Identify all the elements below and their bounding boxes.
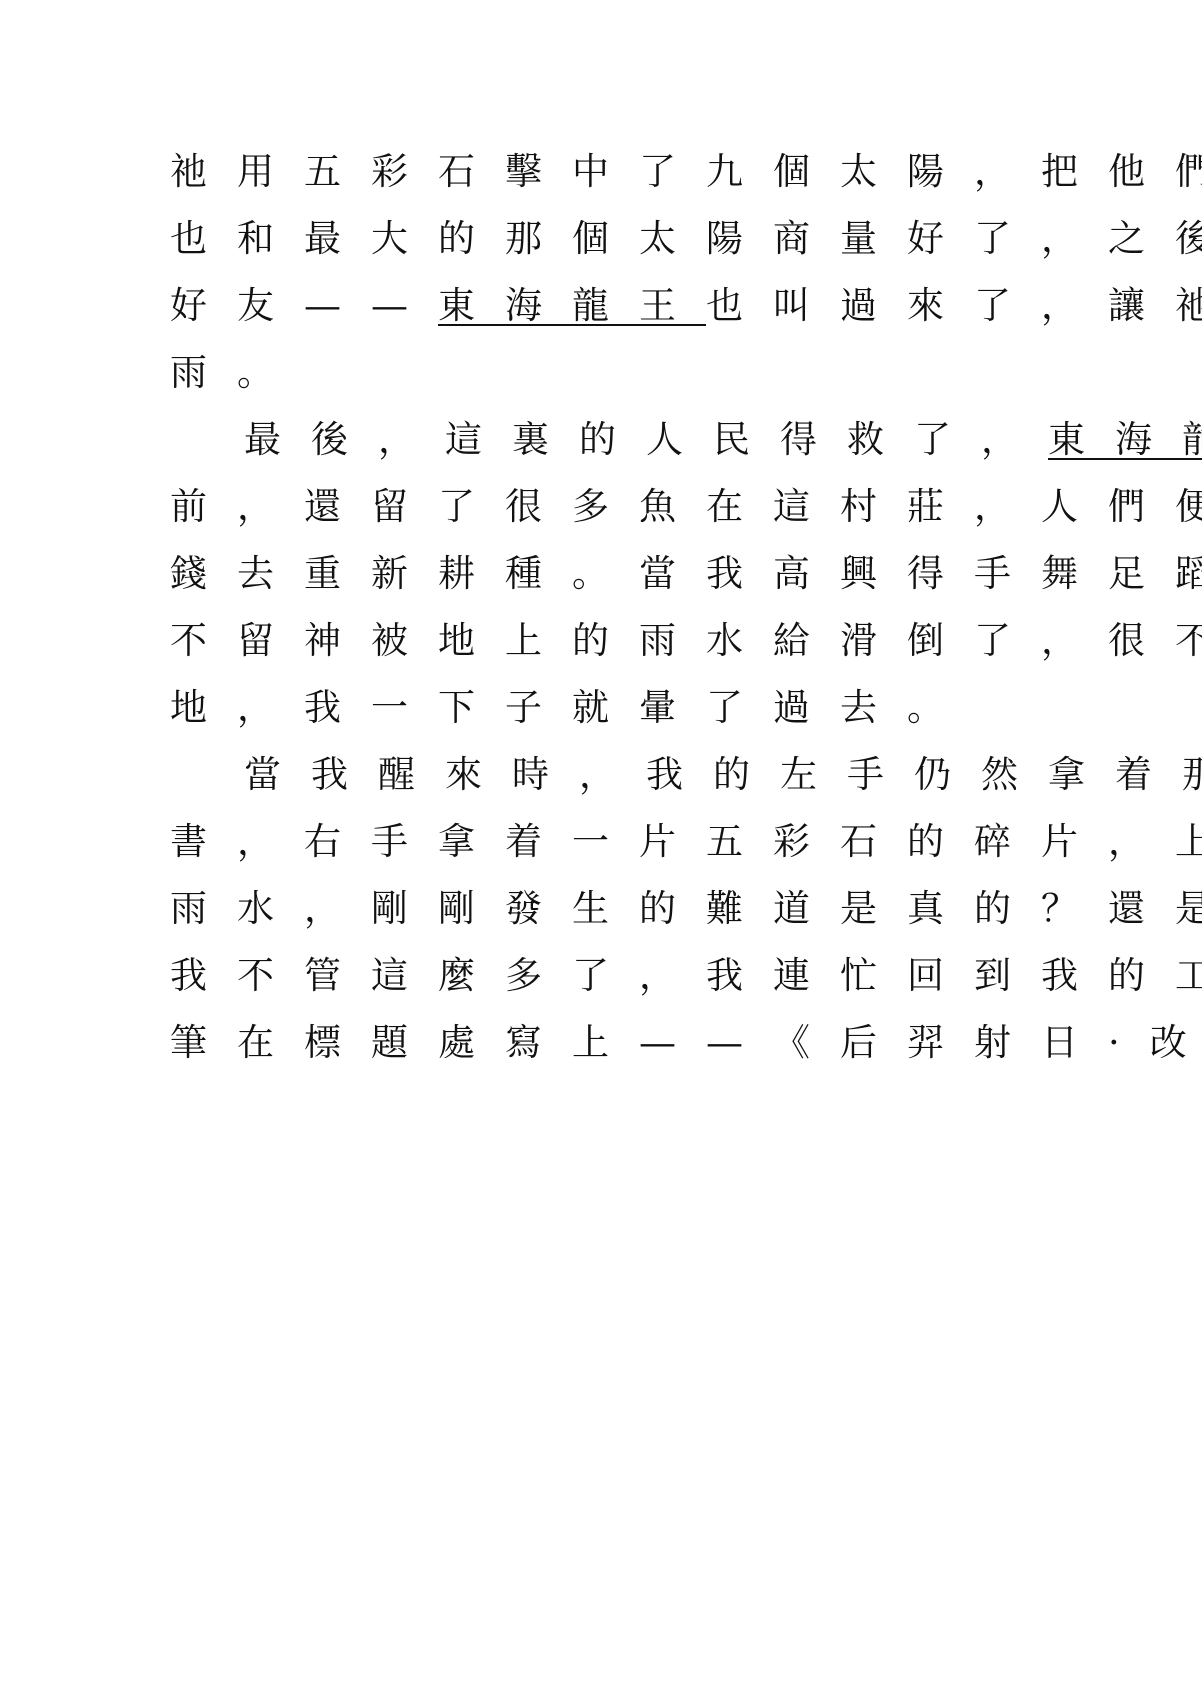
text-segment: 我不管這麼多了，我連忙回到我的工作枱，拿起 [170, 954, 1202, 997]
text-line: 也和最大的那個太陽商量好了，之後祂便把祂的 [170, 205, 980, 272]
story-text-block: 祂用五彩石擊中了九個太陽，把他們推出了天空， 也和最大的那個太陽商量好了，之後祂… [170, 138, 980, 1076]
text-segment: 地，我一下子就暈了過去。 [170, 686, 974, 729]
text-segment: 雨。 [170, 351, 304, 394]
text-line: 不留神被地上的雨水給滑倒了，很不幸，頭着了 [170, 607, 980, 674]
text-segment: 書，右手拿着一片五彩石的碎片，上面還帶了點 [170, 820, 1202, 863]
text-segment: 雨水，剛剛發生的難道是真的？還是南柯一夢？ [170, 887, 1202, 930]
text-line: 雨。 [170, 339, 980, 406]
text-segment: 祂用五彩石擊中了九個太陽，把他們推出了天空， [170, 150, 1202, 193]
text-segment: 前，還留了很多魚在這村莊，人們便有足夠的金 [170, 485, 1202, 528]
text-line: 祂用五彩石擊中了九個太陽，把他們推出了天空， [170, 138, 980, 205]
document-page: 祂用五彩石擊中了九個太陽，把他們推出了天空， 也和最大的那個太陽商量好了，之後祂… [0, 0, 1202, 1700]
text-segment: 好友—— [170, 284, 438, 327]
text-line: 當我醒來時，我的左手仍然拿着那神話故事 [170, 741, 980, 808]
text-line: 書，右手拿着一片五彩石的碎片，上面還帶了點 [170, 808, 980, 875]
text-segment: 筆在標題處寫上——《后羿射日·改》。 [170, 1021, 1202, 1064]
text-line: 雨水，剛剛發生的難道是真的？還是南柯一夢？ [170, 875, 980, 942]
text-line: 前，還留了很多魚在這村莊，人們便有足夠的金 [170, 473, 980, 540]
text-line: 我不管這麼多了，我連忙回到我的工作枱，拿起 [170, 942, 980, 1009]
text-line: 地，我一下子就暈了過去。 [170, 674, 980, 741]
text-segment: 不留神被地上的雨水給滑倒了，很不幸，頭着了 [170, 619, 1202, 662]
text-segment: 也叫過來了，讓祂賜下一場大 [706, 284, 1202, 327]
text-line: 好友——東海龍王也叫過來了，讓祂賜下一場大 [170, 272, 980, 339]
paragraph-1: 祂用五彩石擊中了九個太陽，把他們推出了天空， 也和最大的那個太陽商量好了，之後祂… [170, 138, 980, 406]
text-line: 錢去重新耕種。當我高興得手舞足蹈時，我一個 [170, 540, 980, 607]
text-segment: 當我醒來時，我的左手仍然拿着那神話故事 [244, 753, 1202, 796]
text-segment: 也和最大的那個太陽商量好了，之後祂便把祂的 [170, 217, 1202, 260]
proper-name-underlined: 東海龍王 [438, 284, 706, 327]
paragraph-2: 最後，這裏的人民得救了，東海龍王離開之 前，還留了很多魚在這村莊，人們便有足夠的… [170, 406, 980, 741]
proper-name-underlined: 東海龍王 [1048, 418, 1202, 461]
text-segment: 錢去重新耕種。當我高興得手舞足蹈時，我一個 [170, 552, 1202, 595]
text-segment: 最後，這裏的人民得救了， [244, 418, 1048, 461]
text-line: 最後，這裏的人民得救了，東海龍王離開之 [170, 406, 980, 473]
text-line: 筆在標題處寫上——《后羿射日·改》。 [170, 1009, 980, 1076]
paragraph-3: 當我醒來時，我的左手仍然拿着那神話故事 書，右手拿着一片五彩石的碎片，上面還帶了… [170, 741, 980, 1076]
